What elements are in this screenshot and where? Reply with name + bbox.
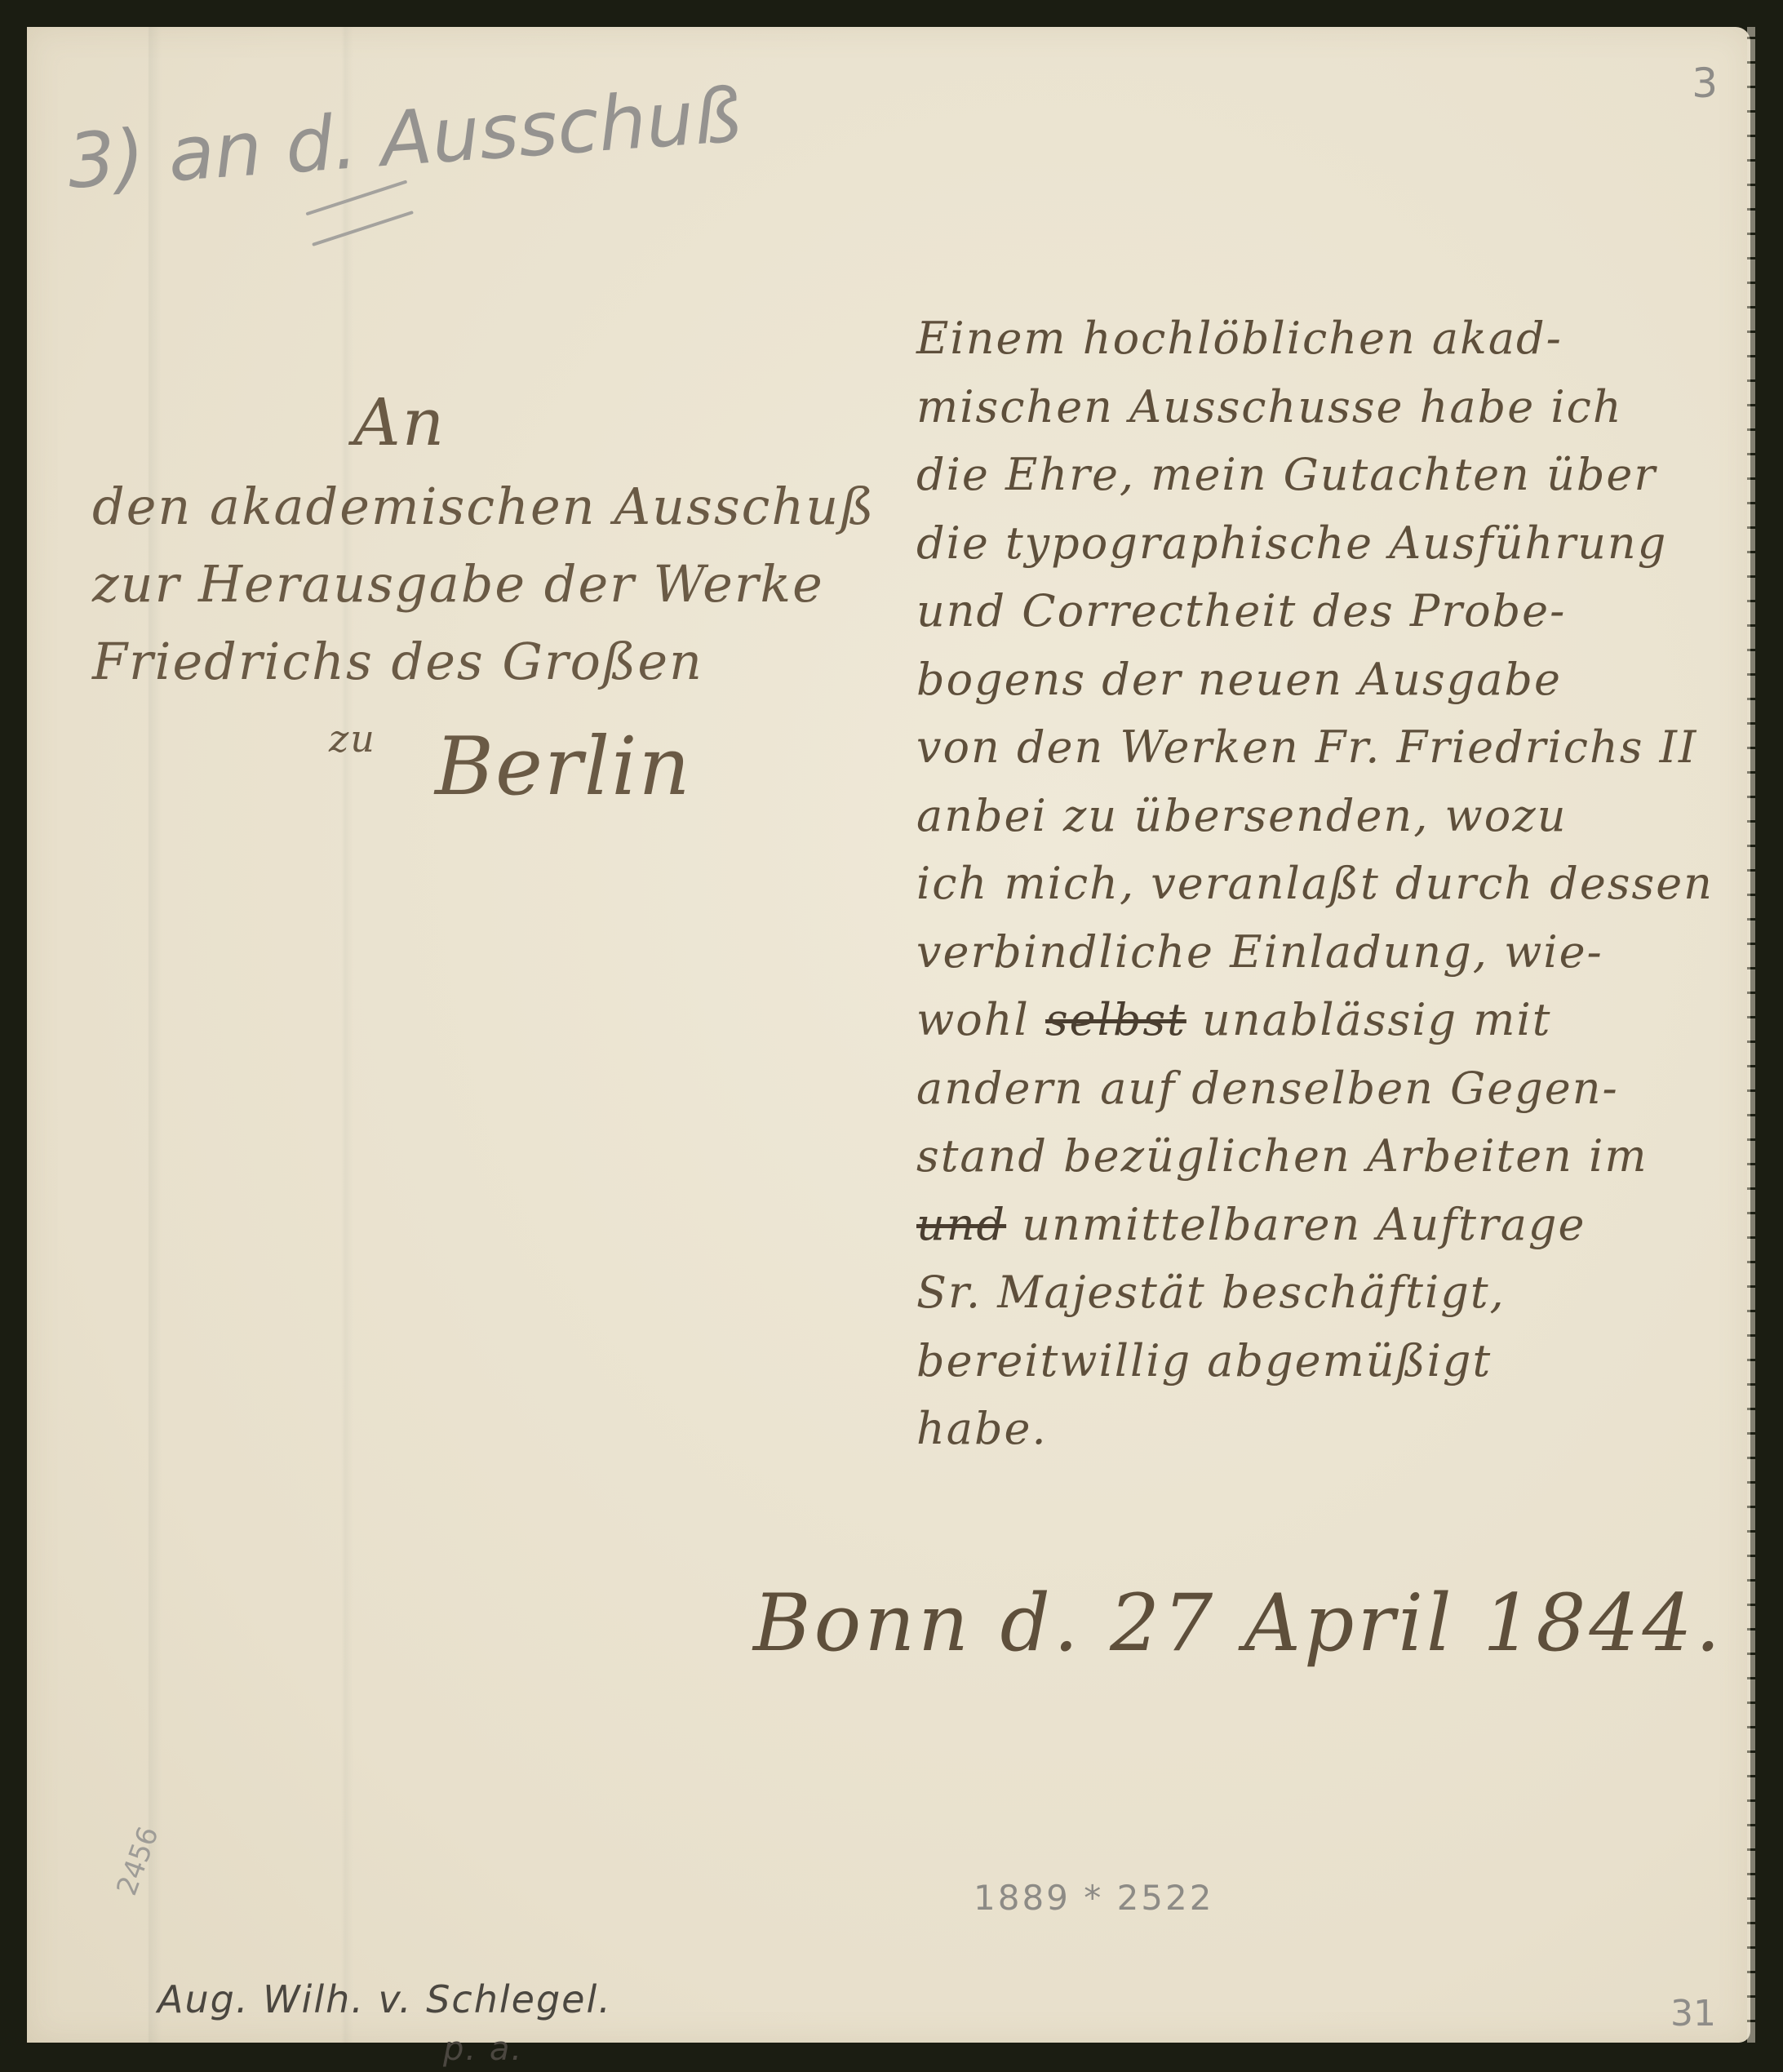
folio-number-top: 3	[1692, 60, 1718, 107]
body-line-2: mischen Ausschusse habe ich	[916, 373, 1781, 441]
struck-word: und	[916, 1199, 1006, 1250]
pencil-header-text: 3) an d. Ausschuß	[64, 71, 743, 205]
address-salutation: An	[92, 378, 900, 468]
body-line-12: andern auf denselben Gegen-	[916, 1054, 1781, 1123]
date-line: Bonn d. 27 April 1844.	[753, 1577, 1723, 1669]
letter-sheet: 3) an d. Ausschuß 3 An den akademischen …	[27, 27, 1750, 2043]
body-line-16: bereitwillig abgemüßigt	[916, 1327, 1781, 1395]
body-line-11: wohl selbst unablässig mit	[916, 986, 1781, 1054]
body-line-17: habe.	[916, 1395, 1781, 1463]
body-line-1: Einem hochlöblichen akad-	[916, 304, 1781, 373]
body-line-6: bogens der neuen Ausgabe	[916, 646, 1781, 714]
address-line-3: Friedrichs des Großen	[92, 623, 900, 700]
letter-body: Einem hochlöblichen akad- mischen Aussch…	[916, 304, 1781, 1463]
address-block: An den akademischen Ausschuß zur Herausg…	[92, 378, 900, 806]
body-line-9: ich mich, veranlaßt durch dessen	[916, 850, 1781, 918]
struck-word: selbst	[1045, 994, 1186, 1045]
body-line-15: Sr. Majestät beschäftigt,	[916, 1258, 1781, 1327]
address-city: Berlin	[92, 729, 900, 806]
body-line-10: verbindliche Einladung, wie-	[916, 918, 1781, 987]
attribution-subnote: p. a.	[443, 2030, 523, 2068]
folio-number-bottom: 31	[1670, 1993, 1716, 2034]
body-line-14: und unmittelbaren Auftrage	[916, 1191, 1781, 1259]
body-line-11-after: unablässig mit	[1186, 994, 1552, 1045]
attribution-note: Aug. Wilh. v. Schlegel.	[157, 1977, 612, 2021]
body-line-13: stand bezüglichen Arbeiten im	[916, 1122, 1781, 1191]
body-line-11-before: wohl	[916, 994, 1045, 1045]
archival-numbers: 1889 * 2522	[974, 1878, 1213, 1918]
body-line-8: anbei zu übersenden, wozu	[916, 782, 1781, 850]
pencil-underline-second	[312, 211, 414, 246]
pencil-side-number: 2456	[110, 1822, 165, 1900]
body-line-7: von den Werken Fr. Friedrichs II	[916, 713, 1781, 782]
body-line-14-after: unmittelbaren Auftrage	[1006, 1199, 1586, 1250]
body-line-3: die Ehre, mein Gutachten über	[916, 441, 1781, 509]
body-line-4: die typographische Ausführung	[916, 509, 1781, 578]
address-line-2: zur Herausgabe der Werke	[92, 545, 900, 623]
address-line-1: den akademischen Ausschuß	[92, 468, 900, 545]
pencil-header-note: 3) an d. Ausschuß	[65, 78, 743, 199]
body-line-5: und Correctheit des Probe-	[916, 577, 1781, 646]
